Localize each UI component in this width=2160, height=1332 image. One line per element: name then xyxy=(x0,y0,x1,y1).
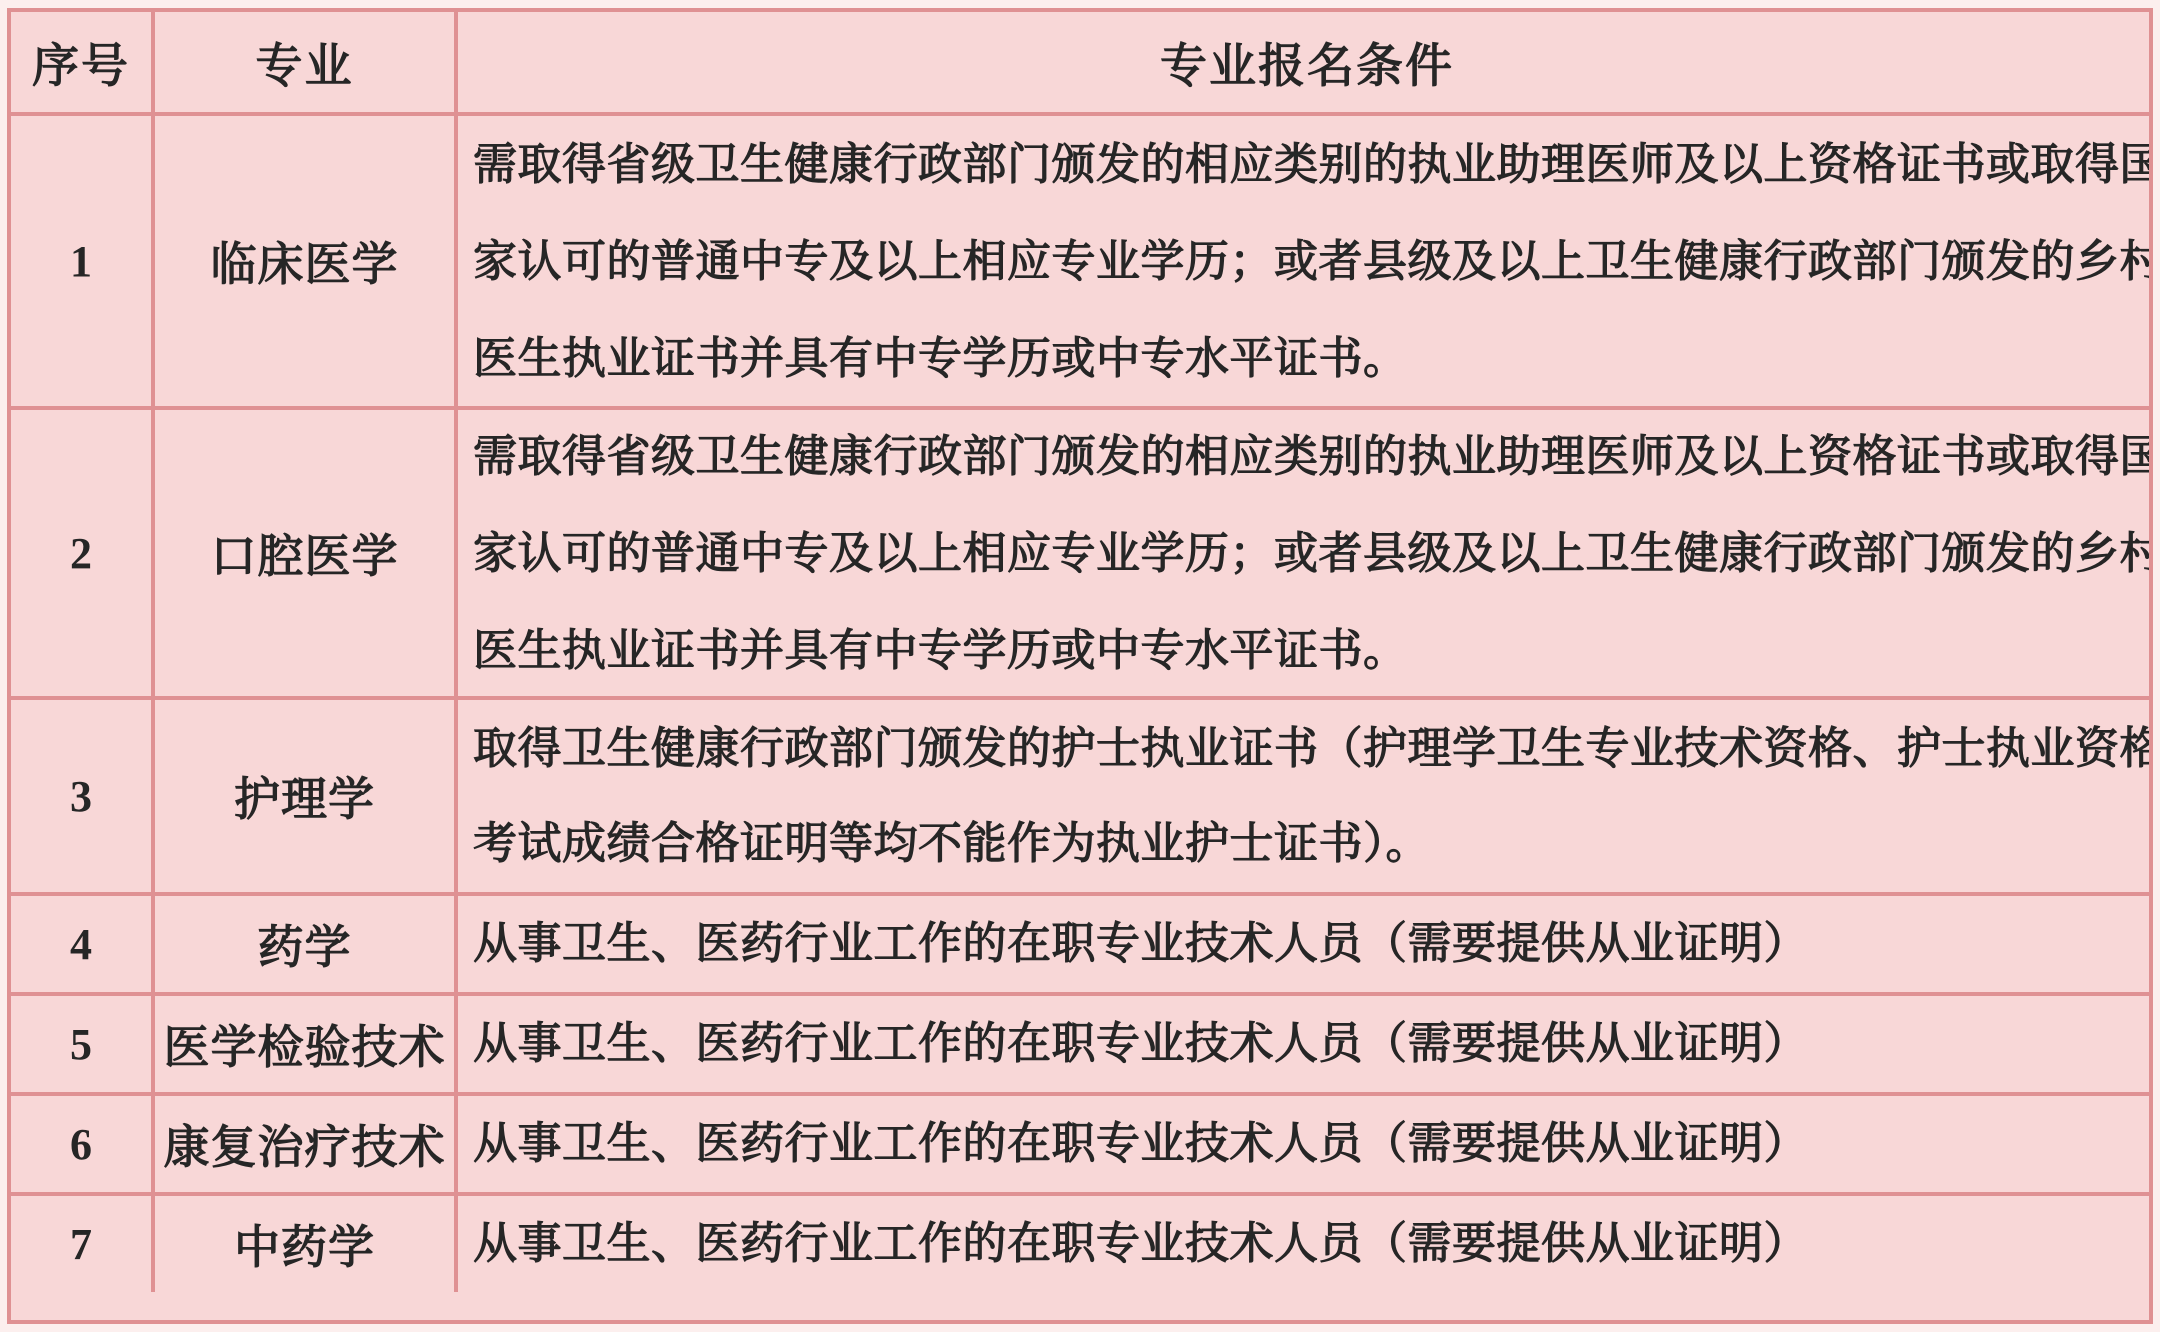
condition-line: 考试成绩合格证明等均不能作为执业护士证书）。 xyxy=(473,796,2141,891)
major-label: 护理学 xyxy=(234,763,375,829)
table-row: 2 口腔医学 需取得省级卫生健康行政部门颁发的相应类别的执业助理医师及以上资格证… xyxy=(11,406,2149,696)
major-cell: 中药学 xyxy=(151,1196,458,1292)
condition-line: 医生执业证书并具有中专学历或中专水平证书。 xyxy=(473,602,2141,697)
table-row: 4 药学 从事卫生、医药行业工作的在职专业技术人员（需要提供从业证明） xyxy=(11,892,2149,992)
header-cell-condition: 专业报名条件 xyxy=(458,12,2149,112)
major-label: 临床医学 xyxy=(211,228,399,294)
condition-line: 医生执业证书并具有中专学历或中专水平证书。 xyxy=(473,310,2141,407)
condition-line: 需取得省级卫生健康行政部门颁发的相应类别的执业助理医师及以上资格证书或取得国 xyxy=(473,116,2141,213)
major-cell: 康复治疗技术 xyxy=(151,1096,458,1192)
major-cell: 口腔医学 xyxy=(151,410,458,696)
row-number-cell: 1 xyxy=(11,116,151,406)
major-cell: 医学检验技术 xyxy=(151,996,458,1092)
table-row: 5 医学检验技术 从事卫生、医药行业工作的在职专业技术人员（需要提供从业证明） xyxy=(11,992,2149,1092)
row-number-cell: 5 xyxy=(11,996,151,1092)
table-row: 3 护理学 取得卫生健康行政部门颁发的护士执业证书（护理学卫生专业技术资格、护士… xyxy=(11,696,2149,892)
row-number-cell: 6 xyxy=(11,1096,151,1192)
header-label-condition: 专业报名条件 xyxy=(1160,29,1454,96)
table-row: 1 临床医学 需取得省级卫生健康行政部门颁发的相应类别的执业助理医师及以上资格证… xyxy=(11,112,2149,406)
condition-cell: 从事卫生、医药行业工作的在职专业技术人员（需要提供从业证明） xyxy=(458,896,2149,992)
row-number: 2 xyxy=(70,528,92,579)
major-label: 康复治疗技术 xyxy=(164,1111,446,1177)
condition-cell: 需取得省级卫生健康行政部门颁发的相应类别的执业助理医师及以上资格证书或取得国 家… xyxy=(458,410,2149,696)
condition-cell: 从事卫生、医药行业工作的在职专业技术人员（需要提供从业证明） xyxy=(458,996,2149,1092)
row-number: 4 xyxy=(70,919,92,970)
row-number: 1 xyxy=(70,236,92,287)
major-label: 医学检验技术 xyxy=(164,1011,446,1077)
row-number-cell: 4 xyxy=(11,896,151,992)
row-number: 3 xyxy=(70,771,92,822)
table-row: 7 中药学 从事卫生、医药行业工作的在职专业技术人员（需要提供从业证明） xyxy=(11,1192,2149,1292)
major-label: 药学 xyxy=(258,911,352,977)
row-number: 7 xyxy=(70,1219,92,1270)
major-cell: 临床医学 xyxy=(151,116,458,406)
condition-line: 从事卫生、医药行业工作的在职专业技术人员（需要提供从业证明） xyxy=(473,1214,2141,1274)
row-number-cell: 2 xyxy=(11,410,151,696)
row-number: 5 xyxy=(70,1019,92,1070)
major-label: 中药学 xyxy=(234,1211,375,1277)
condition-line: 取得卫生健康行政部门颁发的护士执业证书（护理学卫生专业技术资格、护士执业资格 xyxy=(473,701,2141,796)
header-label-index: 序号 xyxy=(32,29,130,96)
table-row: 6 康复治疗技术 从事卫生、医药行业工作的在职专业技术人员（需要提供从业证明） xyxy=(11,1092,2149,1192)
major-cell: 药学 xyxy=(151,896,458,992)
condition-cell: 从事卫生、医药行业工作的在职专业技术人员（需要提供从业证明） xyxy=(458,1196,2149,1292)
condition-line: 从事卫生、医药行业工作的在职专业技术人员（需要提供从业证明） xyxy=(473,914,2141,974)
condition-line: 家认可的普通中专及以上相应专业学历；或者县级及以上卫生健康行政部门颁发的乡村 xyxy=(473,213,2141,310)
condition-cell: 需取得省级卫生健康行政部门颁发的相应类别的执业助理医师及以上资格证书或取得国 家… xyxy=(458,116,2149,406)
major-label: 口腔医学 xyxy=(211,520,399,586)
condition-line: 需取得省级卫生健康行政部门颁发的相应类别的执业助理医师及以上资格证书或取得国 xyxy=(473,410,2141,505)
row-number-cell: 7 xyxy=(11,1196,151,1292)
condition-cell: 取得卫生健康行政部门颁发的护士执业证书（护理学卫生专业技术资格、护士执业资格 考… xyxy=(458,700,2149,892)
table-header-row: 序号 专业 专业报名条件 xyxy=(11,12,2149,112)
condition-line: 从事卫生、医药行业工作的在职专业技术人员（需要提供从业证明） xyxy=(473,1014,2141,1074)
row-number: 6 xyxy=(70,1119,92,1170)
majors-conditions-table: 序号 专业 专业报名条件 1 临床医学 需取得省级卫生健康行政部门颁发的相应类别… xyxy=(7,8,2153,1324)
major-cell: 护理学 xyxy=(151,700,458,892)
header-label-major: 专业 xyxy=(256,29,354,96)
condition-cell: 从事卫生、医药行业工作的在职专业技术人员（需要提供从业证明） xyxy=(458,1096,2149,1192)
header-cell-index: 序号 xyxy=(11,12,151,112)
condition-line: 从事卫生、医药行业工作的在职专业技术人员（需要提供从业证明） xyxy=(473,1114,2141,1174)
header-cell-major: 专业 xyxy=(151,12,458,112)
condition-line: 家认可的普通中专及以上相应专业学历；或者县级及以上卫生健康行政部门颁发的乡村 xyxy=(473,505,2141,602)
row-number-cell: 3 xyxy=(11,700,151,892)
